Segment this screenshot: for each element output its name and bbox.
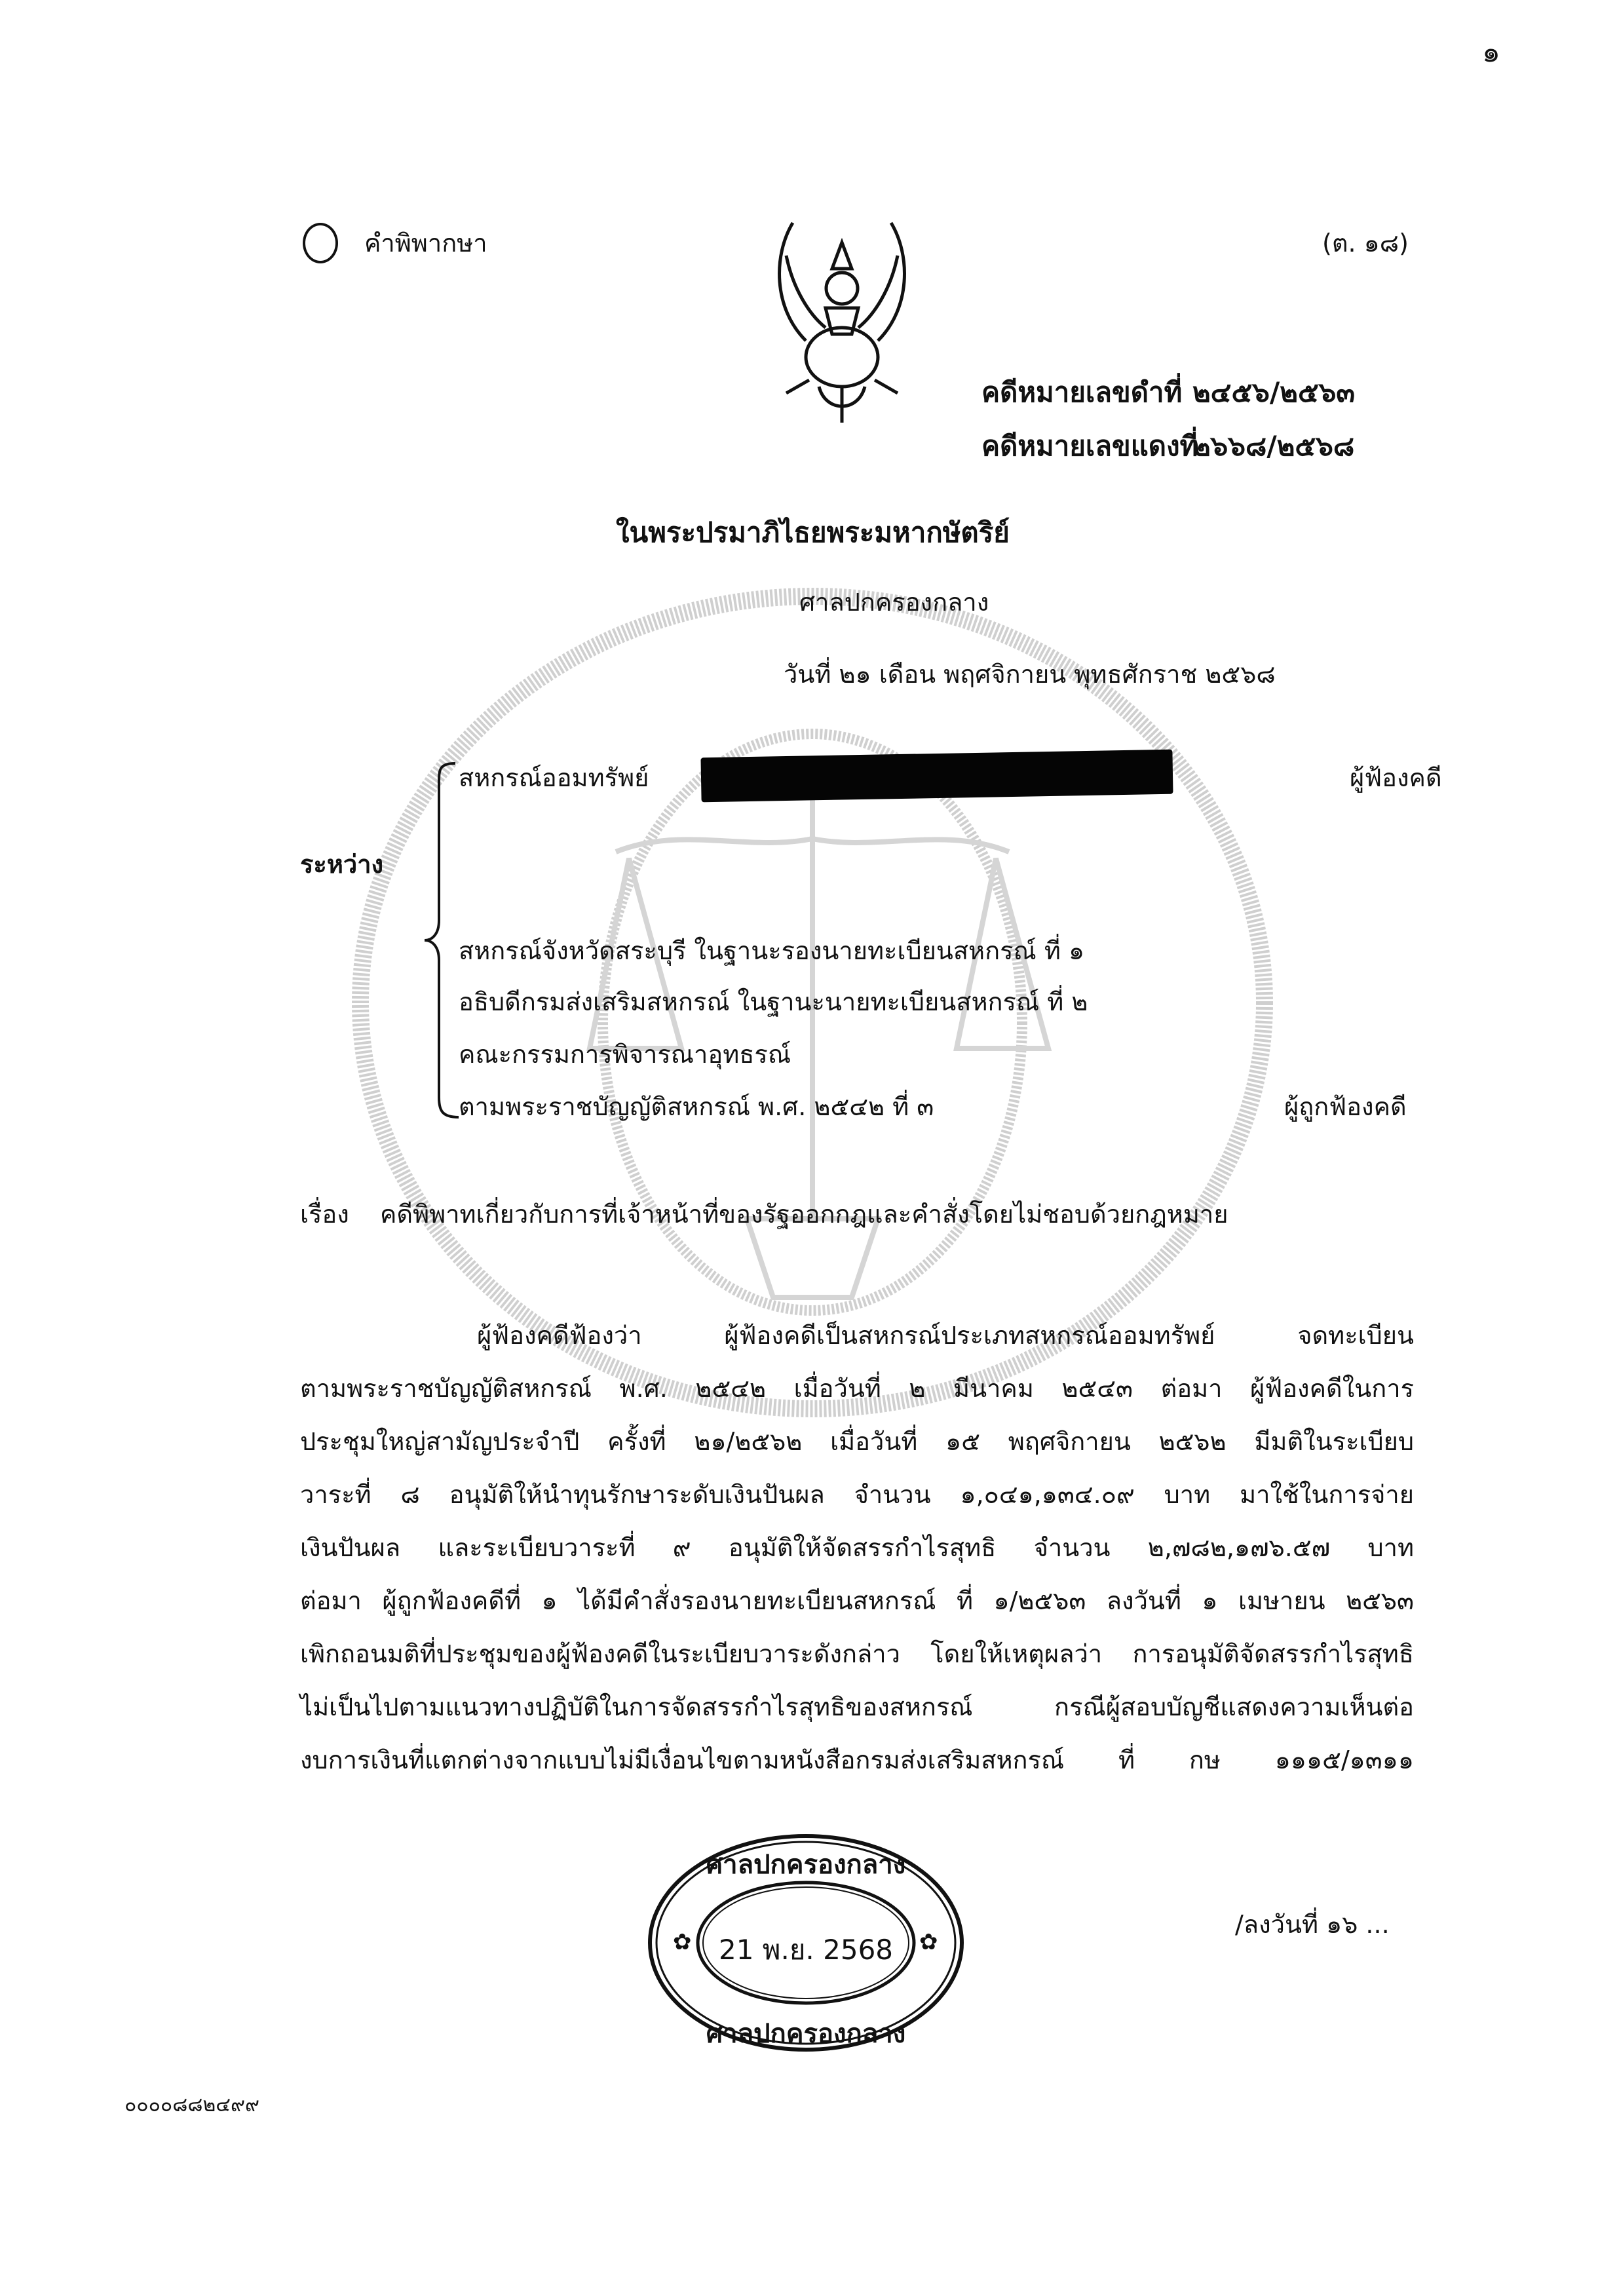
- black-case-label: คดีหมายเลขดำที่: [981, 379, 1182, 406]
- judgment-date: วันที่ ๒๑ เดือน พฤศจิกายน พุทธศักราช ๒๕๖…: [784, 662, 1276, 687]
- continuation-marker: /ลงวันที่ ๑๖ ...: [1235, 1912, 1390, 1937]
- court-name: ศาลปกครองกลาง: [799, 590, 989, 615]
- stamp-top-text: ศาลปกครองกลาง: [645, 1843, 966, 1885]
- subject-label: เรื่อง: [300, 1202, 349, 1227]
- document-type: คำพิพากษา: [364, 231, 487, 256]
- plaintiff-role: ผู้ฟ้องคดี: [1350, 765, 1442, 790]
- between-label: ระหว่าง: [300, 852, 383, 877]
- body-line: ต่อมา ผู้ถูกฟ้องคดีที่ ๑ ได้มีคำสั่งรองน…: [300, 1575, 1414, 1628]
- royal-invocation: ในพระปรมาภิไธยพระมหากษัตริย์: [616, 519, 1010, 546]
- stamp-date: 21 พ.ย. 2568: [645, 1928, 966, 1972]
- party-brace-icon: [419, 757, 459, 1124]
- body-line: งบการเงินที่แตกต่างจากแบบไม่มีเงื่อนไขตา…: [300, 1734, 1414, 1787]
- defendant-3-act: ตามพระราชบัญญัติสหกรณ์ พ.ศ. ๒๕๔๒ ที่ ๓: [459, 1094, 934, 1119]
- checkbox-circle: [303, 223, 338, 263]
- document-id: ๐๐๐๐๘๘๒๔๙๙: [124, 2095, 259, 2115]
- body-line: เพิกถอนมติที่ประชุมของผู้ฟ้องคดีในระเบีย…: [300, 1628, 1414, 1681]
- defendant-2: อธิบดีกรมส่งเสริมสหกรณ์ ในฐานะนายทะเบียน…: [459, 989, 1088, 1014]
- black-case-number: ๒๔๕๖/๒๕๖๓: [1192, 379, 1355, 406]
- judgment-body: ผู้ฟ้องคดีฟ้องว่า ผู้ฟ้องคดีเป็นสหกรณ์ปร…: [300, 1309, 1414, 1787]
- garuda-emblem-icon: [747, 216, 937, 426]
- body-line: เงินปันผล และระเบียบวาระที่ ๙ อนุมัติให้…: [300, 1521, 1414, 1575]
- subject-text: คดีพิพาทเกี่ยวกับการที่เจ้าหน้าที่ของรัฐ…: [380, 1202, 1228, 1227]
- defendant-1: สหกรณ์จังหวัดสระบุรี ในฐานะรองนายทะเบียน…: [459, 938, 1084, 963]
- body-line: วาระที่ ๘ อนุมัติให้นำทุนรักษาระดับเงินป…: [300, 1468, 1414, 1521]
- body-line: ตามพระราชบัญญัติสหกรณ์ พ.ศ. ๒๕๔๒ เมื่อวั…: [300, 1362, 1414, 1415]
- body-line: ไม่เป็นไปตามแนวทางปฏิบัติในการจัดสรรกำไร…: [300, 1681, 1414, 1734]
- defendant-3: คณะกรรมการพิจารณาอุทธรณ์: [459, 1042, 791, 1067]
- red-case-label: คดีหมายเลขแดงที่: [981, 432, 1198, 460]
- page-number: ๑: [1482, 38, 1500, 67]
- plaintiff-name: สหกรณ์ออมทรัพย์: [459, 765, 649, 790]
- received-stamp: ✿ ✿ ศาลปกครองกลาง 21 พ.ย. 2568 ศาลปกครอง…: [645, 1831, 966, 2054]
- body-line: ผู้ฟ้องคดีฟ้องว่า ผู้ฟ้องคดีเป็นสหกรณ์ปร…: [300, 1309, 1414, 1362]
- redaction-bar: [700, 750, 1173, 803]
- body-line: ประชุมใหญ่สามัญประจำปี ครั้งที่ ๒๑/๒๕๖๒ …: [300, 1415, 1414, 1468]
- defendant-role: ผู้ถูกฟ้องคดี: [1284, 1094, 1407, 1119]
- form-code: (ต. ๑๘): [1322, 231, 1409, 256]
- stamp-bottom-text: ศาลปกครองกลาง: [645, 2012, 966, 2054]
- red-case-number: ๒๖๖๘/๒๕๖๘: [1192, 432, 1354, 460]
